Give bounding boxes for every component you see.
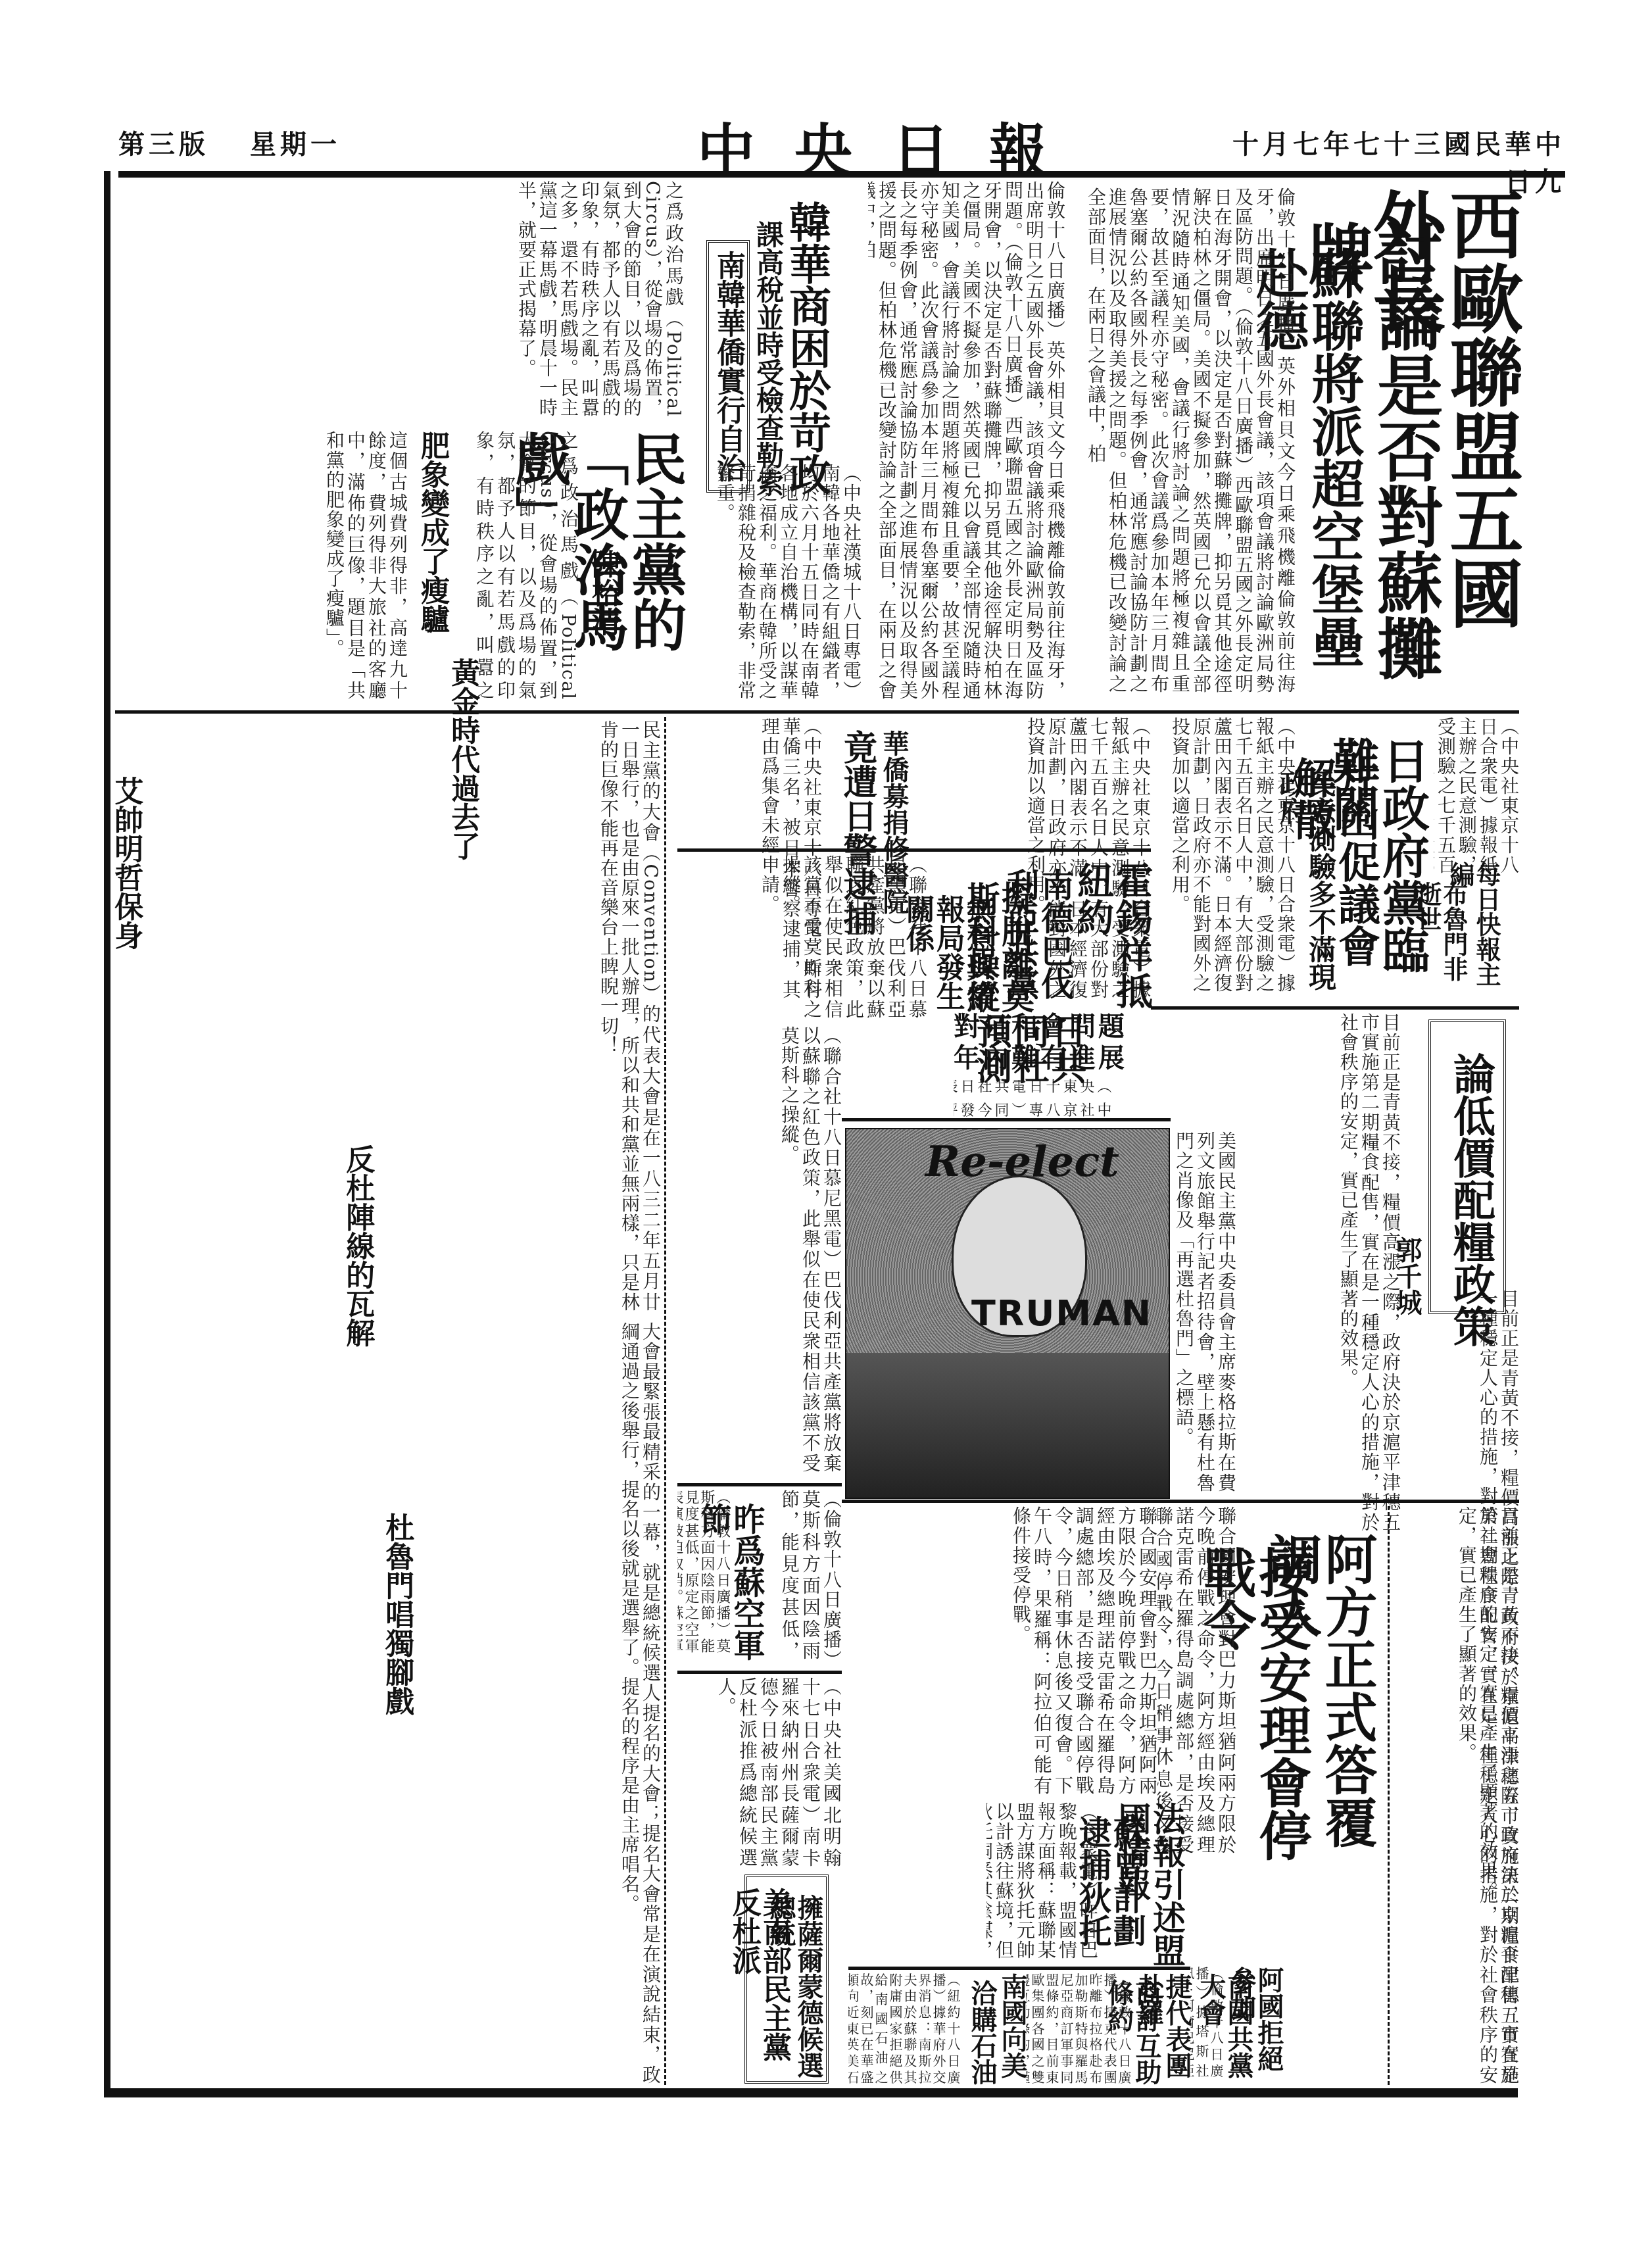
golden-age-body: 民主黨的大會（Convention）的代表大會是在一八三二年五月廿一日舉行，也是… <box>115 720 661 1312</box>
section-rule-4 <box>842 1118 1171 1121</box>
boxed-subhead: 南韓華僑實行自治 <box>706 240 750 493</box>
article-korea-chinese: 韓華商困於苛政 課高稅並時受檢查勒索 南韓華僑實行自治 （中央社漢城十八日專電）… <box>684 181 868 707</box>
article-body: （聯合社十八日慕尼黑電）巴伐利亞共產黨將放棄以蘇聯之紅色政策，此舉似在使民衆相信… <box>677 855 927 1019</box>
section-rule-1 <box>115 710 1519 714</box>
section-rule-6 <box>677 1671 842 1674</box>
article-body-continued: （倫敦十八日廣播）莫斯科方面因陰雨節，能見度甚低，原定之空軍表演被迫取消。蘇空軍… <box>783 1490 842 1661</box>
wavy-divider-right <box>1388 1506 1390 2085</box>
article-yugoslavia: 霍錫祥抵紐約 南德巴伐利亞共黨 擬脫離莫斯科操縱 無意與情報局發生關係 （聯合社… <box>677 855 1151 1026</box>
section-rule-3 <box>1151 1006 1519 1010</box>
weekday: 星期一 <box>250 124 341 161</box>
article-political-circus: 民主黨的「政治馬戲」 陳裕清 之爲政治馬戲（Political Circus），… <box>115 181 684 707</box>
headline: 對日和會問題 <box>954 1013 1127 1041</box>
middle-column-body: （聯合社十八日慕尼黑電）巴伐利亞共產黨將放棄以蘇聯之紅色政策，此舉似在使民衆相信… <box>677 1026 842 1473</box>
page-border-left <box>104 171 110 2092</box>
subhead: 布魯門非逝世 <box>1414 881 1467 1000</box>
subhead: 課高稅並時受檢查勒索 <box>754 220 783 497</box>
headline: 韓華商困於苛政 <box>785 201 829 495</box>
article-body: （中央社東京十八日專電）共同社今日發表評論稱：中國政府及國際人士，對日和約早日簽… <box>954 1079 1111 1118</box>
headline: 霍錫祥抵紐約 <box>1073 862 1151 1026</box>
article-albania: 阿國拒絕參加 南國共黨大會 （倫敦十八日廣播）據塔斯社訊：阿爾巴尼亞共產黨，已拒… <box>1190 1967 1282 2085</box>
subhead-anti-truman: 反杜陣線的瓦解 <box>342 1144 372 1347</box>
page-border-bottom <box>104 2088 1518 2097</box>
article-body: （倫敦十八日廣播）莫斯科方面因陰雨節，能見度甚低，原定之空軍表演被迫取消。蘇空軍… <box>677 1490 730 1654</box>
article-japan-peace: 日共同社預測 對日和會問題 年內難有進展 （中央社東京十八日專電）共同社今日發表… <box>855 1013 1171 1118</box>
article-czech: 捷代表團赴羅 商訂互助條約 （倫敦十八日廣播）捷克代表團昨離布拉格赴布加勒斯特與… <box>1026 1973 1190 2085</box>
article-body: （中央社美國北明翰十七日合衆電）南卡羅來納州州長薩爾蒙德今日被南部民主黨反杜派推… <box>677 1677 842 1868</box>
truman-campaign-photo: Re-elect TRUMAN <box>845 1128 1170 1499</box>
article-body: （合衆電）昨日巴黎晚報載，盟國情報方面稱：蘇聯某盟方謀將狄托元帥以計誘往蘇境，但… <box>986 1802 1098 1960</box>
article-soviet-air: 昨爲蘇空軍節 （倫敦十八日廣播）莫斯科方面因陰雨節，能見度甚低，原定之空軍表演被… <box>677 1490 783 1661</box>
section-rule-7 <box>842 1500 1519 1503</box>
subhead-eisenhower: 艾帥明哲保身 <box>110 776 141 950</box>
subhead: 擁薩爾蒙德候選總統 <box>767 1894 822 2085</box>
photo-name-text: TRUMAN <box>971 1292 1152 1334</box>
article-western-union-continued: 倫敦十八日廣播）英外相貝文今日乘飛機離倫敦前往海牙，出席明日之五國外長會議，該項… <box>868 181 1065 700</box>
masthead: 第三版 星期一 中央日報 中華民國三十七年七月十九日 <box>118 105 1565 178</box>
article-oil: 南國向美 洽購石油 （紐約十八日廣播）據華府外交界消息：南斯拉夫由於蘇聯及其附庸… <box>848 1973 1026 2085</box>
article-body-top: 之爲政治馬戲（Political Circus），從會場的佈置，到大會的節目，以… <box>118 181 684 418</box>
subhead-truman-solo: 杜魯門唱獨腳戲 <box>381 1513 412 1715</box>
article-body: （中央社漢城十八日專電）南韓各地華僑之有組織者，均於六月十五日同時在南韓各地成立… <box>684 464 862 700</box>
photo-caption: 美國民主黨中央委員會主席麥格拉斯在費列文旅館舉行記者招待會，壁上懸有杜魯門之肖像… <box>1171 1131 1236 1493</box>
article-body: （中央社東京十八日合衆電）據報紙主辦之民意測驗，受測驗之七千五百名日人中，有大部… <box>1151 717 1296 993</box>
masthead-rule <box>118 171 1565 178</box>
subhead: 年內難有進展 <box>954 1044 1127 1072</box>
article-body: 聯合國安理會對巴力斯坦猶阿兩方限於今晚前停戰之命令，阿方經由埃及總理諾克雷希在羅… <box>848 1506 1157 1796</box>
page-number: 第三版 <box>118 124 209 161</box>
article-body: （紐約十八日廣播）據華府外交界消息：南斯拉夫由於蘇聯及其附庸國家拒絕供給南國石油… <box>848 1973 960 2085</box>
section-rule-5 <box>677 1483 842 1486</box>
photo-crowd <box>846 1353 1169 1498</box>
wavy-column-divider <box>664 717 666 2085</box>
byline: 陳裕清 <box>588 549 618 636</box>
subhead-fat-elephant: 肥象變成了瘦驢 <box>417 431 447 633</box>
article-palestine: 阿方正式答覆調人 接受安理會停戰令 聯合國安理會對巴力斯坦猶阿兩方限於今晚前停戰… <box>1157 1506 1388 1861</box>
rice-policy-tail: 目前正是青黃不接，糧價高漲之際，政府決於京滬平津穗五市實施第二期糧食配售，實在是… <box>1394 1506 1519 2085</box>
article-body: 倫敦十八日廣播）英外相貝文今日乘飛機離倫敦前往海牙，出席明日之五國外長會議，該項… <box>1065 187 1296 694</box>
article-body: （倫敦十八日廣播）捷克代表團昨離布拉格赴布加勒斯特與羅馬尼亞商訂軍事同盟條約，目… <box>1026 1973 1131 2085</box>
article-western-union: 西歐聯盟五國外長 討論是否對蘇攤牌 蘇聯將派超空堡壘赴德 倫敦十八日廣播）英外相… <box>1065 181 1519 700</box>
section-rule-8 <box>848 1967 1190 1970</box>
article-body: （倫敦十八日廣播）據塔斯社訊：阿爾巴尼亞共產黨，已拒絕派代表參加伯爾格萊德之南斯… <box>1190 1967 1223 2078</box>
section-rule-2 <box>677 848 1151 852</box>
headline: 南國向美 <box>998 1973 1026 2078</box>
article-tito: 法報引述盟國情報 蘇曾計劃逮捕狄托 （合衆電）昨日巴黎晚報載，盟國情報方面稱：蘇… <box>986 1802 1184 1967</box>
fat-elephant-body: 這個古城費列得非，高達九十餘度，費列得非大旅社的客廳中，滿佈的巨像，題目是「共和… <box>118 431 408 700</box>
article-thurmond: 美南部民主黨反杜派 擁薩爾蒙德候選總統 （中央社美國北明翰十七日合衆電）南卡羅來… <box>677 1677 842 2085</box>
subhead: 洽購石油 <box>968 1980 996 2085</box>
article-body: 之爲政治馬戲（Political Circus），從會場的佈置，到大會的節目，以… <box>474 431 579 700</box>
article-beaverbrook: 每日快報主編 布魯門非逝世 <box>1407 848 1519 1000</box>
